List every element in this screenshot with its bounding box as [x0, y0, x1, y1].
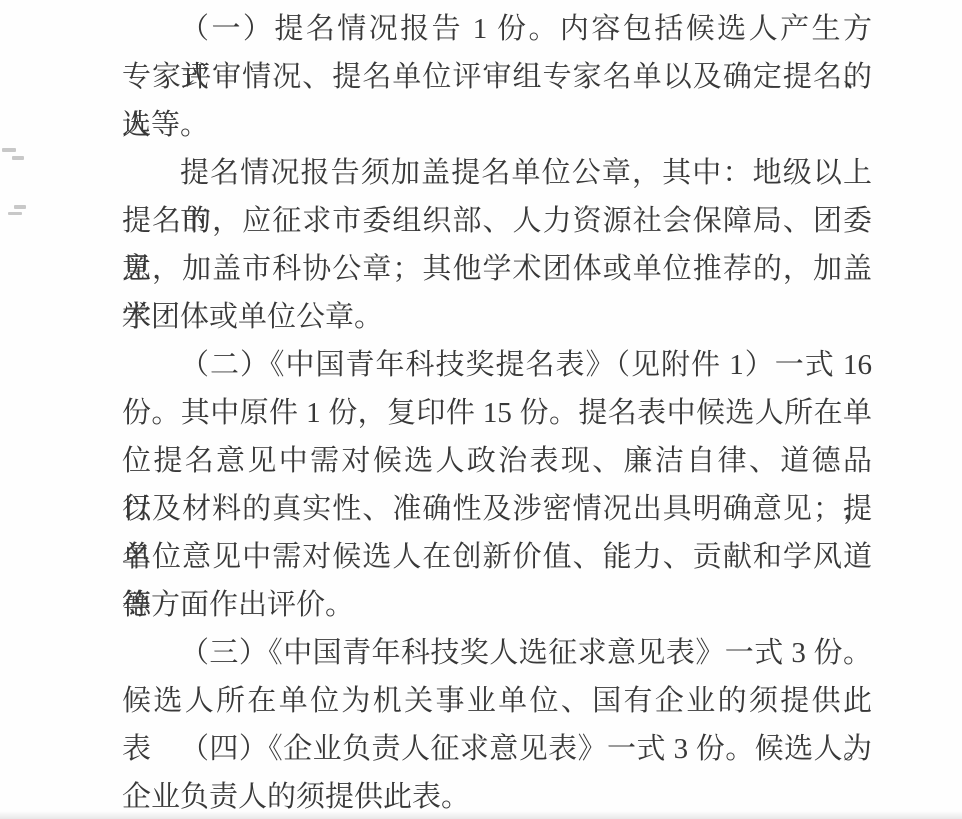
- scan-speck: [14, 205, 26, 209]
- text-line: 等方面作出评价。: [122, 581, 872, 629]
- document-body: （一）提名情况报告 1 份。内容包括候选人产生方式、 专家评审情况、提名单位评审…: [122, 5, 872, 819]
- text-line: 选等。: [122, 101, 872, 149]
- scan-speck: [8, 212, 22, 215]
- text-line: （二）《中国青年科技奖提名表》（见附件 1）一式 16: [122, 341, 872, 389]
- text-line: （三）《中国青年科技奖人选征求意见表》一式 3 份。: [122, 629, 872, 677]
- text-line: 位提名意见中需对候选人政治表现、廉洁自律、道德品行，: [122, 437, 872, 485]
- text-line: 提名情况报告须加盖提名单位公章，其中：地级以上市: [122, 149, 872, 197]
- text-line: 见，加盖市科协公章；其他学术团体或单位推荐的，加盖学: [122, 245, 872, 293]
- scan-speck: [2, 148, 16, 152]
- scan-edge-shadow: [0, 811, 962, 819]
- text-line: 术团体或单位公章。: [122, 293, 872, 341]
- text-line: （四）《企业负责人征求意见表》一式 3 份。候选人为: [122, 725, 872, 773]
- scanned-document-page: （一）提名情况报告 1 份。内容包括候选人产生方式、 专家评审情况、提名单位评审…: [0, 0, 962, 819]
- text-line: （一）提名情况报告 1 份。内容包括候选人产生方式、: [122, 5, 872, 53]
- text-line: 候选人所在单位为机关事业单位、国有企业的须提供此表。: [122, 677, 872, 725]
- text-line: 份。其中原件 1 份，复印件 15 份。提名表中候选人所在单: [122, 389, 872, 437]
- text-line: 单位意见中需对候选人在创新价值、能力、贡献和学风道德: [122, 533, 872, 581]
- scan-speck: [12, 156, 24, 160]
- text-line: 以及材料的真实性、准确性及涉密情况出具明确意见；提名: [122, 485, 872, 533]
- text-line: 专家评审情况、提名单位评审组专家名单以及确定提名的人: [122, 53, 872, 101]
- text-line: 提名的，应征求市委组织部、人力资源社会保障局、团委意: [122, 197, 872, 245]
